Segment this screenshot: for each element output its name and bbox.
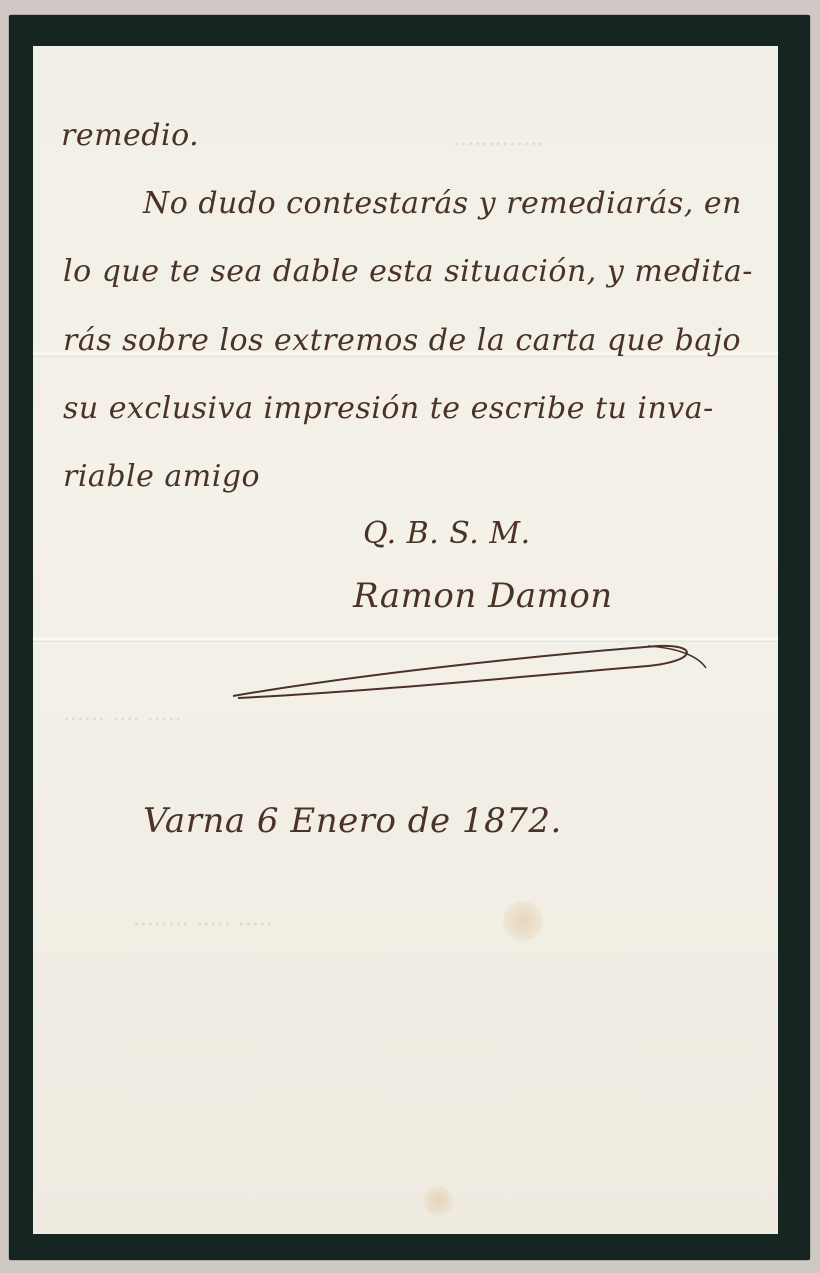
letter-line-2: No dudo contestarás y remediarás, en bbox=[143, 186, 742, 221]
letter-page: ............. ...... .... ..... ........… bbox=[33, 46, 778, 1234]
place-date: Varna 6 Enero de 1872. bbox=[143, 801, 562, 841]
signature-flourish bbox=[228, 636, 708, 706]
paper-stain bbox=[423, 1186, 453, 1216]
paper-stain bbox=[503, 901, 543, 941]
letter-line-5: su exclusiva impresión te escribe tu inv… bbox=[63, 391, 714, 426]
letter-line-3: lo que te sea dable esta situación, y me… bbox=[63, 254, 753, 289]
letter-line-1: remedio. bbox=[61, 118, 199, 153]
closing-abbreviation: Q. B. S. M. bbox=[363, 516, 531, 551]
letter-line-6: riable amigo bbox=[63, 459, 260, 494]
letter-line-4: rás sobre los extremos de la carta que b… bbox=[63, 323, 741, 358]
signature: Ramon Damon bbox=[353, 576, 613, 616]
